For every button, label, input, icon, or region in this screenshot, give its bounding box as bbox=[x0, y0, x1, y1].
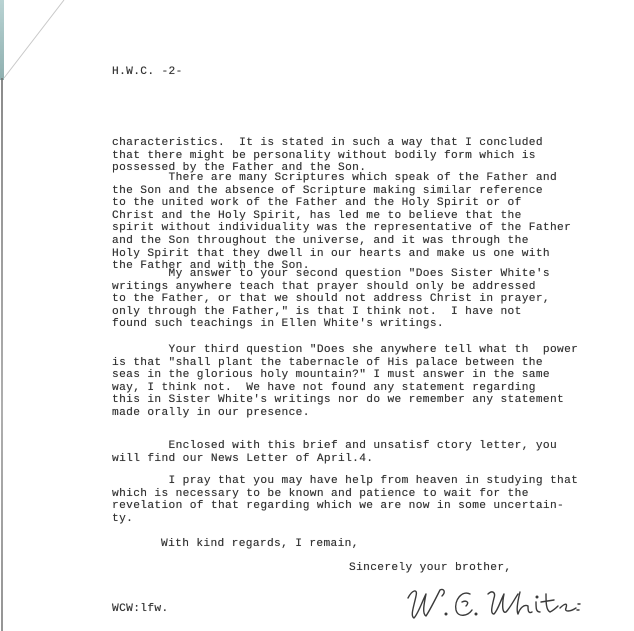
text-line: way, I think not. We have not found any … bbox=[112, 382, 578, 395]
text-line: this in Sister White's writings nor do w… bbox=[112, 394, 578, 407]
text-line: spirit without individuality was the rep… bbox=[112, 222, 571, 235]
text-line: to the Father, or that we should not add… bbox=[112, 293, 550, 306]
text-line: Christ and the Holy Spirit, has led me t… bbox=[112, 210, 571, 223]
paragraph-2: There are many Scriptures which speak of… bbox=[112, 172, 571, 273]
text-line: I pray that you may have help from heave… bbox=[112, 475, 578, 488]
paragraph-4: Your third question "Does she anywhere t… bbox=[112, 344, 578, 420]
text-line: is that "shall plant the tabernacle of H… bbox=[112, 357, 578, 370]
page-header: H.W.C. -2- bbox=[112, 66, 183, 79]
text-line: made orally in our presence. bbox=[112, 407, 578, 420]
signoff-line: Sincerely your brother, bbox=[349, 562, 511, 575]
text-line: and the Son throughout the universe, and… bbox=[112, 235, 571, 248]
text-line: Your third question "Does she anywhere t… bbox=[112, 344, 578, 357]
text-line: the Son and the absence of Scripture mak… bbox=[112, 185, 571, 198]
text-line: writings anywhere teach that prayer shou… bbox=[112, 281, 550, 294]
text-line: seas in the glorious holy mountain?" I m… bbox=[112, 369, 578, 382]
text-line: characteristics. It is stated in such a … bbox=[112, 137, 543, 150]
text-line: ty. bbox=[112, 513, 578, 526]
text-line: Holy Spirit that they dwell in our heart… bbox=[112, 248, 571, 261]
text-line: which is necessary to be known and patie… bbox=[112, 488, 578, 501]
text-line: will find our News Letter of April.4. bbox=[112, 453, 557, 466]
closing-line: With kind regards, I remain, bbox=[161, 538, 359, 551]
letter-page: H.W.C. -2- characteristics. It is stated… bbox=[0, 0, 634, 631]
text-line: My answer to your second question "Does … bbox=[112, 268, 550, 281]
text-line: found such teachings in Ellen White's wr… bbox=[112, 318, 550, 331]
handwritten-signature: W. C. White bbox=[400, 580, 585, 625]
typist-initials: WCW:lfw. bbox=[112, 603, 169, 616]
paragraph-1: characteristics. It is stated in such a … bbox=[112, 137, 543, 175]
paragraph-5: Enclosed with this brief and unsatisf ct… bbox=[112, 440, 557, 465]
text-line: that there might be personality without … bbox=[112, 150, 543, 163]
text-line: to the united work of the Father and the… bbox=[112, 197, 571, 210]
paragraph-6: I pray that you may have help from heave… bbox=[112, 475, 578, 525]
text-line: Enclosed with this brief and unsatisf ct… bbox=[112, 440, 557, 453]
text-line: There are many Scriptures which speak of… bbox=[112, 172, 571, 185]
text-line: revelation of that regarding which we ar… bbox=[112, 500, 578, 513]
paragraph-3: My answer to your second question "Does … bbox=[112, 268, 550, 331]
text-line: only through the Father," is that I thin… bbox=[112, 306, 550, 319]
